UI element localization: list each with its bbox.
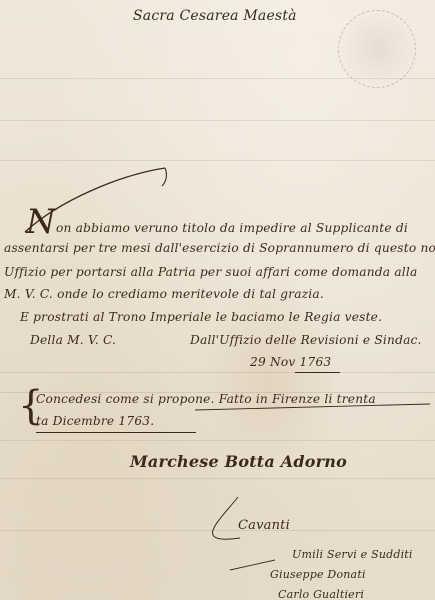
closing-left: Della M. V. C.: [30, 333, 116, 347]
signature-governor: Marchese Botta Adorno: [130, 452, 347, 471]
signature-servants: Umili Servi e Sudditi: [292, 548, 413, 561]
signature-donati: Giuseppe Donati: [270, 568, 366, 581]
decree-line-2: ta Dicembre 1763.: [36, 414, 154, 428]
initial-letter: N: [26, 202, 56, 242]
body-line-4: M. V. C. onde lo crediamo meritevole di …: [4, 287, 324, 301]
body-line-2: assentarsi per tre mesi dall'esercizio d…: [4, 241, 435, 255]
signature-cavanti: Cavanti: [238, 518, 290, 533]
manuscript-page: Sacra Cesarea Maestà N on abbiamo veruno…: [0, 0, 435, 600]
closing-right: Dall'Uffizio delle Revisioni e Sindac.: [190, 333, 422, 347]
body-line-1: on abbiamo veruno titolo da impedire al …: [56, 221, 408, 235]
body-line-3: Uffizio per portarsi alla Patria per suo…: [4, 265, 417, 279]
decree-line-1: Concedesi come si propone. Fatto in Fire…: [36, 392, 376, 406]
body-line-5: E prostrati al Trono Imperiale le baciam…: [20, 310, 382, 324]
date-underline: [295, 372, 340, 373]
signature-gualtieri: Carlo Gualtieri: [278, 588, 364, 600]
decree-underline: [36, 432, 196, 433]
date-line: 29 Nov 1763: [250, 355, 331, 369]
